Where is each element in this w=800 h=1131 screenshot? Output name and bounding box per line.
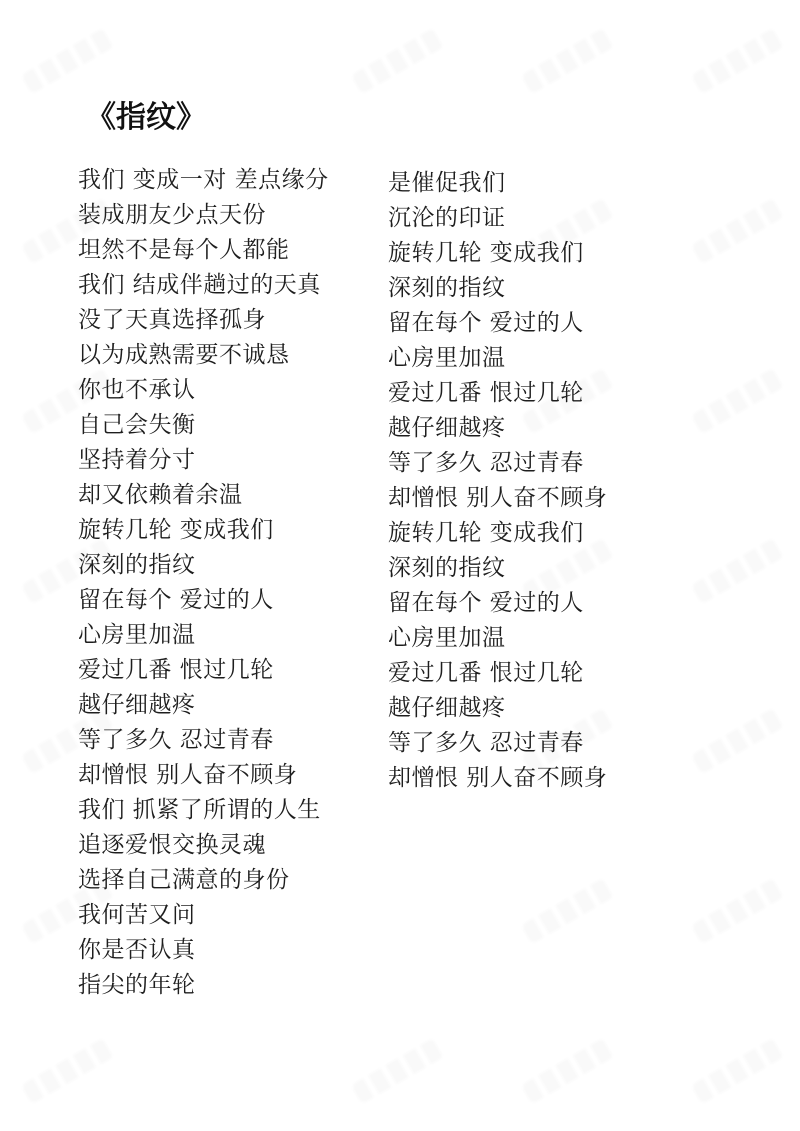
lyric-line: 却又依赖着余温: [78, 478, 329, 513]
lyric-line: 指尖的年轮: [78, 968, 329, 1003]
lyric-line: 越仔细越疼: [388, 691, 607, 726]
watermark: [691, 368, 784, 435]
lyric-line: 旋转几轮 变成我们: [388, 516, 607, 551]
watermark: [521, 878, 614, 945]
lyric-line: 坦然不是每个人都能: [78, 233, 329, 268]
lyric-line: 沉沦的印证: [388, 201, 607, 236]
watermark: [691, 878, 784, 945]
lyric-line: 我们 结成伴趟过的天真: [78, 268, 329, 303]
lyric-line: 等了多久 忍过青春: [78, 723, 329, 758]
lyric-line: 却憎恨 别人奋不顾身: [388, 761, 607, 796]
lyric-line: 追逐爱恨交换灵魂: [78, 828, 329, 863]
lyrics-right-column: 是催促我们 沉沦的印证 旋转几轮 变成我们 深刻的指纹 留在每个 爱过的人 心房…: [388, 166, 607, 796]
lyric-line: 心房里加温: [78, 618, 329, 653]
lyric-line: 等了多久 忍过青春: [388, 726, 607, 761]
watermark: [691, 538, 784, 605]
watermark: [521, 1038, 614, 1105]
lyric-line: 深刻的指纹: [388, 271, 607, 306]
watermark: [691, 1038, 784, 1105]
lyric-line: 深刻的指纹: [388, 551, 607, 586]
lyric-line: 越仔细越疼: [388, 411, 607, 446]
lyric-line: 没了天真选择孤身: [78, 303, 329, 338]
lyric-line: 我们 抓紧了所谓的人生: [78, 793, 329, 828]
lyric-line: 你也不承认: [78, 373, 329, 408]
lyric-line: 选择自己满意的身份: [78, 863, 329, 898]
lyric-line: 以为成熟需要不诚恳: [78, 338, 329, 373]
watermark: [691, 708, 784, 775]
watermark: [691, 28, 784, 95]
lyric-line: 自己会失衡: [78, 408, 329, 443]
lyric-line: 旋转几轮 变成我们: [78, 513, 329, 548]
lyric-line: 心房里加温: [388, 621, 607, 656]
lyric-line: 坚持着分寸: [78, 443, 329, 478]
lyric-line: 爱过几番 恨过几轮: [78, 653, 329, 688]
watermark: [521, 28, 614, 95]
lyric-line: 我何苦又问: [78, 898, 329, 933]
watermark: [351, 28, 444, 95]
lyric-line: 装成朋友少点天份: [78, 198, 329, 233]
lyric-line: 旋转几轮 变成我们: [388, 236, 607, 271]
lyric-line: 却憎恨 别人奋不顾身: [388, 481, 607, 516]
watermark: [351, 1038, 444, 1105]
lyric-line: 留在每个 爱过的人: [78, 583, 329, 618]
watermark: [21, 1038, 114, 1105]
lyrics-left-column: 我们 变成一对 差点缘分 装成朋友少点天份 坦然不是每个人都能 我们 结成伴趟过…: [78, 163, 329, 1003]
lyric-line: 是催促我们: [388, 166, 607, 201]
lyric-line: 爱过几番 恨过几轮: [388, 376, 607, 411]
lyric-line: 我们 变成一对 差点缘分: [78, 163, 329, 198]
lyric-line: 等了多久 忍过青春: [388, 446, 607, 481]
watermark: [21, 28, 114, 95]
lyric-line: 留在每个 爱过的人: [388, 306, 607, 341]
lyric-line: 留在每个 爱过的人: [388, 586, 607, 621]
song-title: 《指纹》: [86, 98, 206, 138]
lyric-line: 深刻的指纹: [78, 548, 329, 583]
lyric-line: 爱过几番 恨过几轮: [388, 656, 607, 691]
lyric-line: 越仔细越疼: [78, 688, 329, 723]
lyric-line: 你是否认真: [78, 933, 329, 968]
lyric-line: 心房里加温: [388, 341, 607, 376]
lyric-line: 却憎恨 别人奋不顾身: [78, 758, 329, 793]
watermark: [691, 198, 784, 265]
